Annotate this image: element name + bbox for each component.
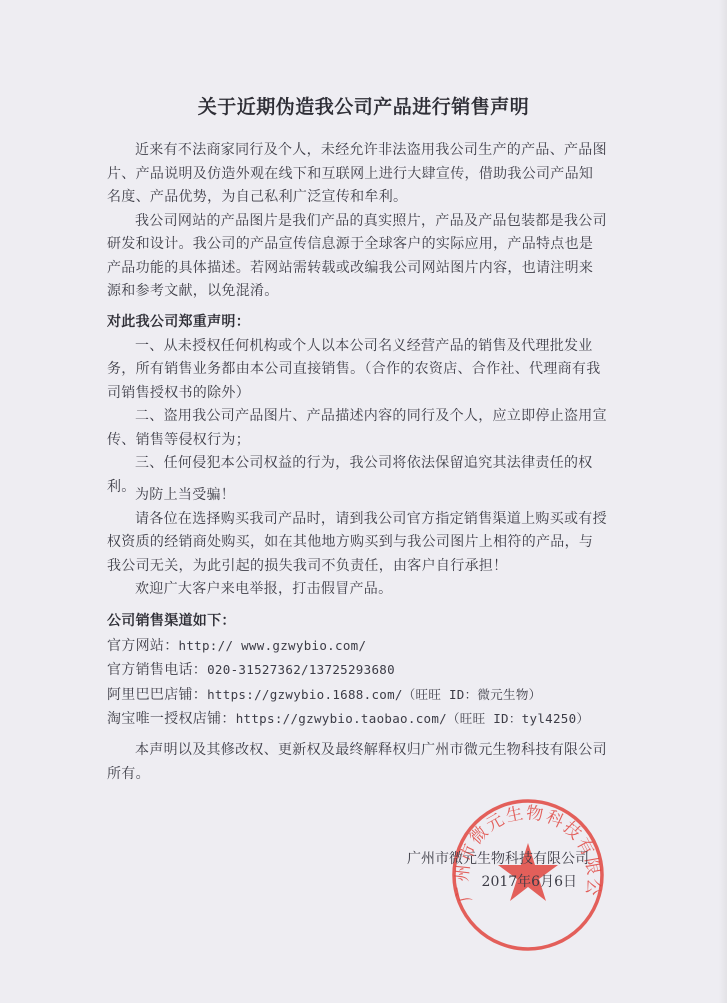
page-edge-shadow bbox=[719, 0, 727, 1003]
channel-label: 官方销售电话： bbox=[107, 662, 207, 678]
channel-phone: 官方销售电话：020-31527362/13725293680 bbox=[107, 658, 607, 683]
statement-item-1: 一、从未授权任何机构或个人以本公司名义经营产品的销售及代理批发业务，所有销售业务… bbox=[107, 335, 607, 406]
channel-label: 官方网站： bbox=[107, 638, 179, 654]
document-title: 关于近期伪造我公司产品进行销售声明 bbox=[0, 92, 727, 119]
channel-label: 淘宝唯一授权店铺： bbox=[107, 711, 236, 727]
channels-heading: 公司销售渠道如下： bbox=[107, 610, 607, 634]
statement-heading: 对此我公司郑重声明： bbox=[107, 311, 607, 335]
statement-item-2: 二、盗用我公司产品图片、产品描述内容的同行及个人，应立即停止盗用宣传、销售等侵权… bbox=[107, 405, 607, 452]
channel-website: 官方网站：http:// www.gzwybio.com/ bbox=[107, 634, 607, 659]
statement-section: 对此我公司郑重声明： 一、从未授权任何机构或个人以本公司名义经营产品的销售及代理… bbox=[107, 311, 607, 499]
channel-value: https://gzwybio.1688.com/（旺旺 ID：微元生物） bbox=[207, 687, 541, 702]
channel-value: http:// www.gzwybio.com/ bbox=[179, 638, 367, 653]
warning-section: 为防上当受骗！ 请各位在选择购买我司产品时，请到我公司官方指定销售渠道上购买或有… bbox=[107, 484, 607, 602]
scanned-document-page: 关于近期伪造我公司产品进行销售声明 近来有不法商家同行及个人，未经允许非法盗用我… bbox=[0, 0, 727, 1003]
closing-paragraph: 本声明以及其修改权、更新权及最终解释权归广州市微元生物科技有限公司所有。 bbox=[107, 739, 607, 786]
closing-section: 本声明以及其修改权、更新权及最终解释权归广州市微元生物科技有限公司所有。 bbox=[107, 739, 607, 786]
channels-section: 公司销售渠道如下： 官方网站：http:// www.gzwybio.com/ … bbox=[107, 610, 607, 732]
signature-block: 广州市微元生物科技有限公司 2017年6月6日 bbox=[407, 848, 589, 894]
channel-value: 020-31527362/13725293680 bbox=[207, 662, 395, 677]
signature-date: 2017年6月6日 bbox=[407, 871, 589, 894]
intro-paragraph-1: 近来有不法商家同行及个人，未经允许非法盗用我公司生产的产品、产品图片、产品说明及… bbox=[107, 139, 607, 210]
intro-section: 近来有不法商家同行及个人，未经允许非法盗用我公司生产的产品、产品图片、产品说明及… bbox=[107, 139, 607, 304]
channel-value: https://gzwybio.taobao.com/（旺旺 ID：tyl425… bbox=[236, 711, 590, 726]
warning-paragraph: 请各位在选择购买我司产品时，请到我公司官方指定销售渠道上购买或有授权资质的经销商… bbox=[107, 508, 607, 579]
signature-company: 广州市微元生物科技有限公司 bbox=[407, 848, 589, 871]
intro-paragraph-2: 我公司网站的产品图片是我们产品的真实照片，产品及产品包装都是我公司研发和设计。我… bbox=[107, 210, 607, 304]
warning-heading: 为防上当受骗！ bbox=[107, 484, 607, 508]
channel-taobao: 淘宝唯一授权店铺：https://gzwybio.taobao.com/（旺旺 … bbox=[107, 707, 607, 732]
channel-label: 阿里巴巴店铺： bbox=[107, 687, 207, 703]
channel-alibaba: 阿里巴巴店铺：https://gzwybio.1688.com/（旺旺 ID：微… bbox=[107, 683, 607, 708]
report-paragraph: 欢迎广大客户来电举报，打击假冒产品。 bbox=[107, 578, 607, 602]
